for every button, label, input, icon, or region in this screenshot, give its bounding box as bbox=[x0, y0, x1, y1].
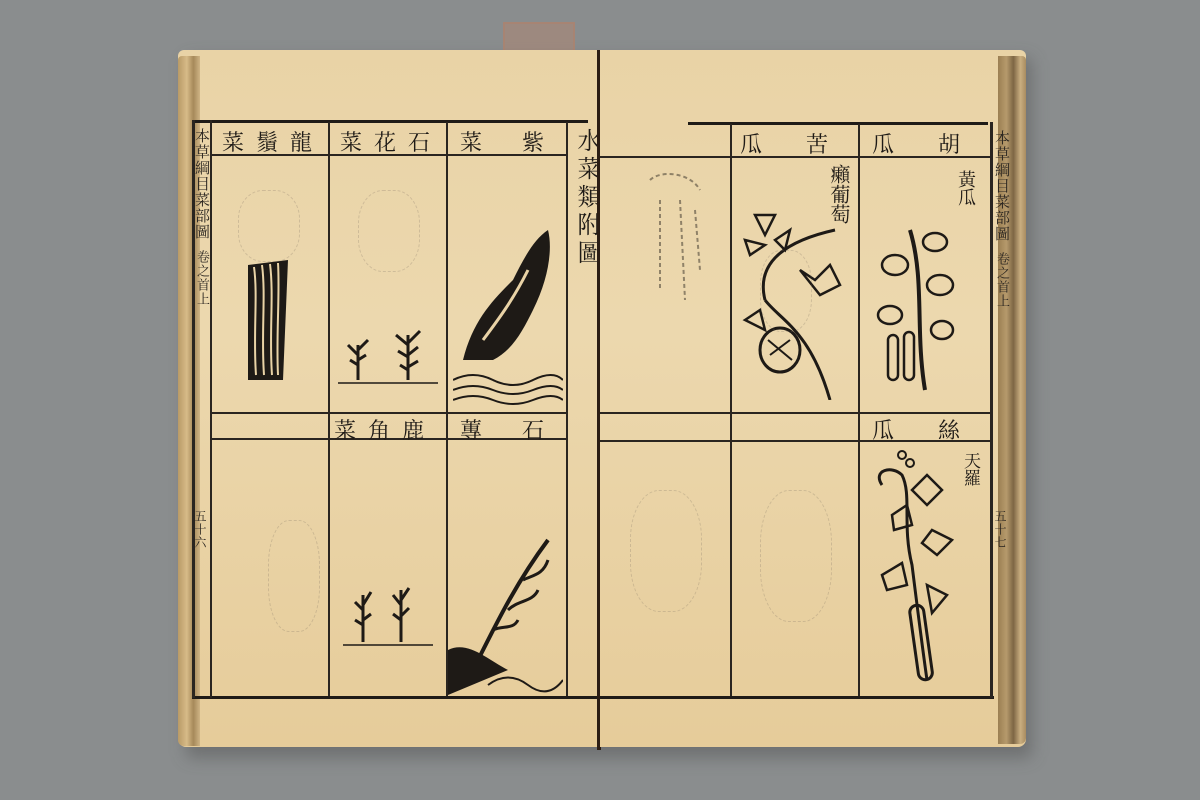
right-margin-folio: 五十七 bbox=[992, 510, 1009, 549]
char: 紫 bbox=[522, 126, 556, 157]
char: 菜 bbox=[460, 126, 494, 157]
char: 花 bbox=[374, 126, 408, 157]
right-margin-volume: 卷之首上 bbox=[992, 252, 1011, 308]
char: 鬚 bbox=[256, 126, 290, 157]
cucumber-vine-illustration bbox=[870, 220, 960, 400]
title-shihuacai: 菜 花 石 bbox=[340, 126, 438, 157]
char: 瓜 bbox=[872, 414, 906, 445]
char: 蓴 bbox=[460, 414, 494, 445]
show-through-ghost bbox=[238, 190, 300, 262]
show-through-ghost bbox=[760, 250, 812, 332]
char: 菜 bbox=[222, 126, 256, 157]
title-lujiaocai: 菜 角 鹿 bbox=[334, 414, 432, 445]
right-page: 本草綱目菜部圖 卷之首上 五十七 瓜 胡 瓜 苦 瓜 絲 黃瓜 癩葡萄 天羅 bbox=[600, 50, 1026, 747]
left-bottom-border bbox=[192, 696, 598, 699]
left-top-border bbox=[192, 120, 588, 123]
char: 瓜 bbox=[872, 128, 906, 159]
left-col-rule-1 bbox=[328, 122, 330, 696]
annotation-huanggua: 黃瓜 bbox=[952, 170, 978, 206]
faded-print-remnant bbox=[620, 160, 720, 320]
left-margin-folio: 五十六 bbox=[192, 510, 209, 549]
char: 石 bbox=[408, 126, 442, 157]
shihuacai-illustration bbox=[338, 315, 438, 390]
char: 龍 bbox=[290, 126, 324, 157]
longxucai-illustration bbox=[238, 255, 308, 385]
char: 苦 bbox=[806, 128, 840, 159]
book-spread: 本草綱目菜部圖 卷之首上 五十六 水菜類附圖 菜 紫 菜 花 石 菜 鬚 龍 bbox=[178, 50, 1026, 750]
show-through-ghost bbox=[268, 520, 320, 632]
left-col-rule-3 bbox=[566, 122, 568, 696]
right-margin-title: 本草綱目菜部圖 bbox=[992, 130, 1013, 242]
char: 瓜 bbox=[740, 128, 774, 159]
char: 鹿 bbox=[402, 414, 436, 445]
right-col-rule-1 bbox=[730, 124, 732, 696]
char: 絲 bbox=[938, 414, 972, 445]
show-through-ghost bbox=[760, 490, 832, 622]
loofah-vine-illustration bbox=[872, 445, 972, 685]
char: 菜 bbox=[334, 414, 368, 445]
right-bottom-border bbox=[600, 696, 994, 699]
char: 石 bbox=[522, 414, 556, 445]
char: 菜 bbox=[340, 126, 374, 157]
show-through-ghost bbox=[358, 190, 420, 272]
left-margin-volume: 卷之首上 bbox=[192, 250, 211, 306]
title-sigua: 瓜 絲 bbox=[872, 414, 972, 445]
left-page: 本草綱目菜部圖 卷之首上 五十六 水菜類附圖 菜 紫 菜 花 石 菜 鬚 龍 bbox=[178, 50, 598, 747]
title-hugua: 瓜 胡 bbox=[872, 128, 972, 159]
title-longxucai: 菜 鬚 龍 bbox=[222, 126, 320, 157]
char: 胡 bbox=[938, 128, 972, 159]
lujiaocai-illustration bbox=[343, 580, 433, 650]
right-top-border bbox=[688, 122, 988, 125]
title-shichun: 蓴 石 bbox=[460, 414, 556, 445]
shichun-illustration bbox=[448, 530, 563, 695]
title-zicai: 菜 紫 bbox=[460, 126, 556, 157]
show-through-ghost bbox=[630, 490, 702, 612]
char: 角 bbox=[368, 414, 402, 445]
seaweed-rock-illustration bbox=[453, 210, 563, 410]
title-kugua: 瓜 苦 bbox=[740, 128, 840, 159]
left-margin-title: 本草綱目菜部圖 bbox=[192, 128, 213, 240]
